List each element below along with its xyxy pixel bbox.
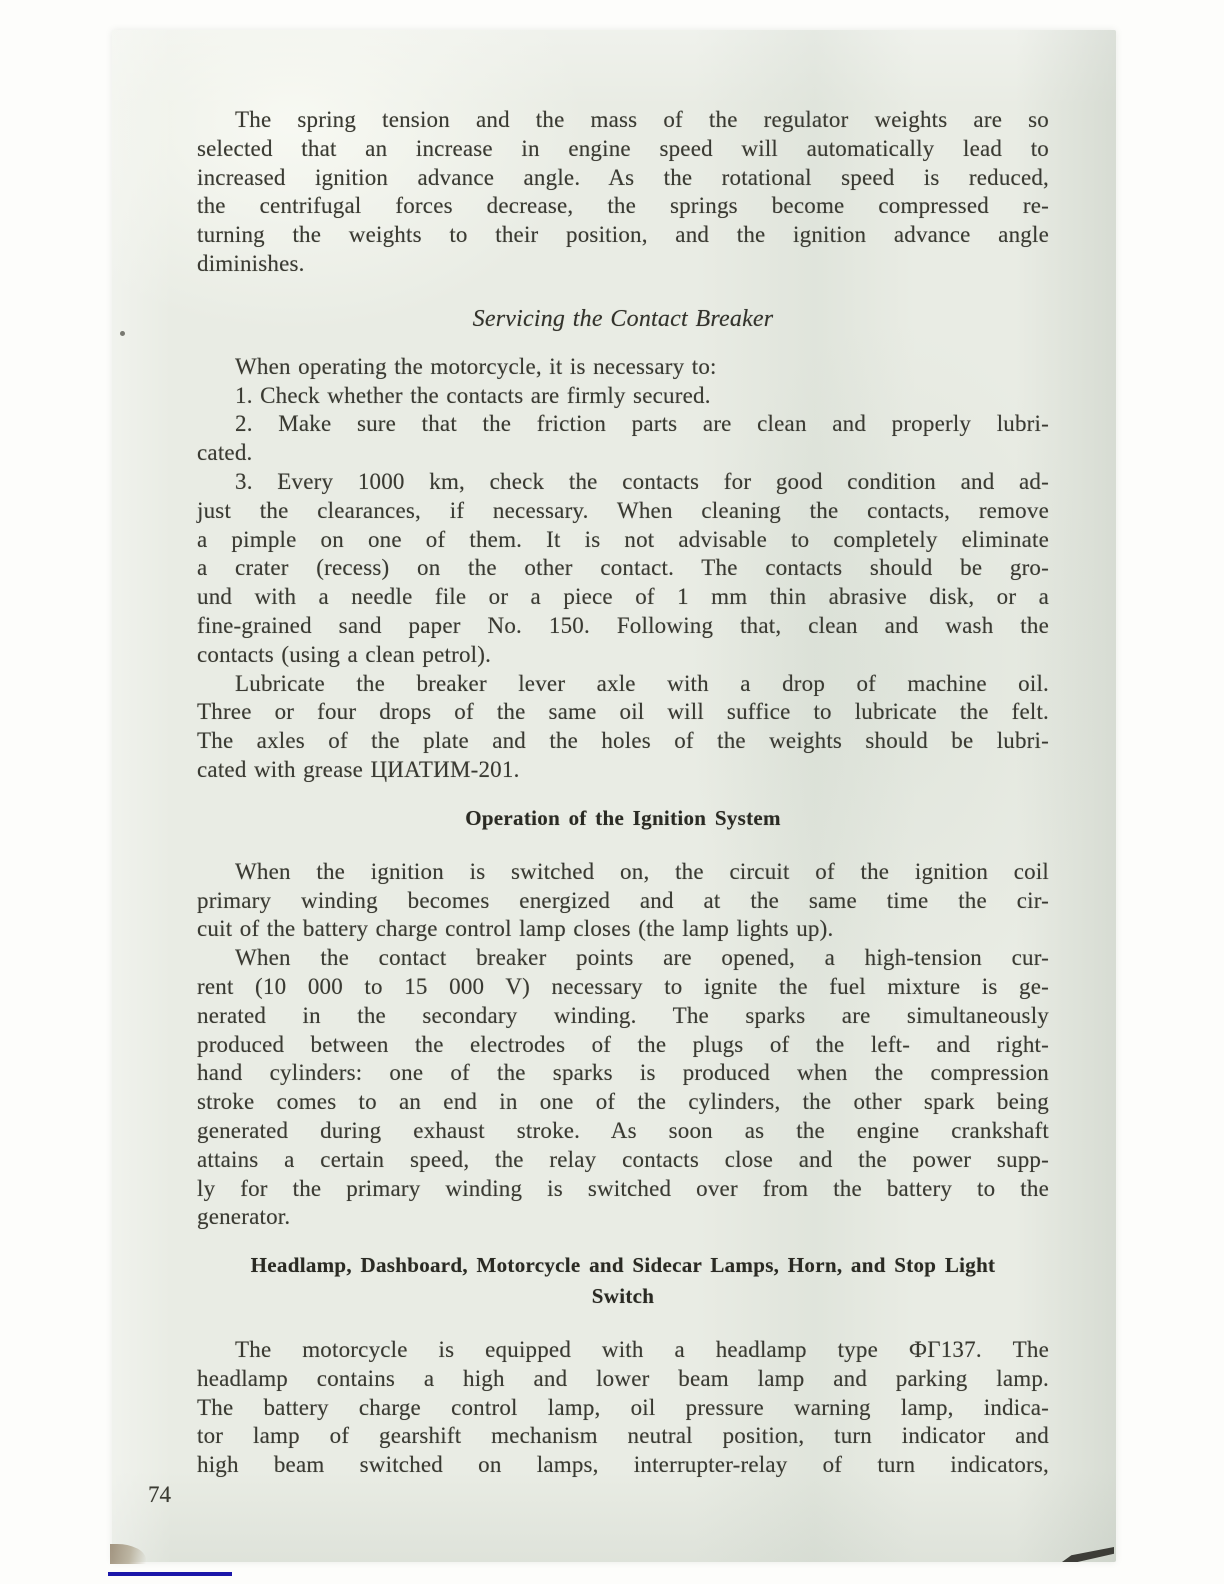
text-line: Lubricate the breaker lever axle with a … bbox=[197, 670, 1049, 699]
paragraph: 1. Check whether the contacts are firmly… bbox=[197, 382, 1049, 411]
text-line: 1. Check whether the contacts are firmly… bbox=[197, 382, 1049, 411]
text-line: The axles of the plate and the holes of … bbox=[197, 727, 1049, 756]
text-line: und with a needle file or a piece of 1 m… bbox=[197, 583, 1049, 612]
text-line: The motorcycle is equipped with a headla… bbox=[197, 1336, 1049, 1365]
text-line: The spring tension and the mass of the r… bbox=[197, 106, 1049, 135]
text-line: Switch bbox=[197, 1281, 1049, 1312]
section-heading: Headlamp, Dashboard, Motorcycle and Side… bbox=[197, 1250, 1049, 1312]
paragraph: When the contact breaker points are open… bbox=[197, 944, 1049, 1232]
page-number: 74 bbox=[148, 1482, 171, 1508]
text-line: When the contact breaker points are open… bbox=[197, 944, 1049, 973]
text-line: Three or four drops of the same oil will… bbox=[197, 698, 1049, 727]
text-line: selected that an increase in engine spee… bbox=[197, 135, 1049, 164]
scan-smudge-bottom-left bbox=[110, 1544, 146, 1564]
text-line: stroke comes to an end in one of the cyl… bbox=[197, 1088, 1049, 1117]
paragraph: When the ignition is switched on, the ci… bbox=[197, 858, 1049, 944]
paragraph: When operating the motorcycle, it is nec… bbox=[197, 353, 1049, 382]
text-line: tor lamp of gearshift mechanism neutral … bbox=[197, 1422, 1049, 1451]
text-line: generator. bbox=[197, 1203, 1049, 1232]
text-line: just the clearances, if necessary. When … bbox=[197, 497, 1049, 526]
paragraph: 3. Every 1000 km, check the contacts for… bbox=[197, 468, 1049, 670]
text-line: a pimple on one of them. It is not advis… bbox=[197, 526, 1049, 555]
text-line: attains a certain speed, the relay conta… bbox=[197, 1146, 1049, 1175]
text-line: fine-grained sand paper No. 150. Followi… bbox=[197, 612, 1049, 641]
text-line: diminishes. bbox=[197, 250, 1049, 279]
text-line: turning the weights to their position, a… bbox=[197, 221, 1049, 250]
text-line: increased ignition advance angle. As the… bbox=[197, 164, 1049, 193]
paragraph: The motorcycle is equipped with a headla… bbox=[197, 1336, 1049, 1480]
paragraph: The spring tension and the mass of the r… bbox=[197, 106, 1049, 279]
text-line: generated during exhaust stroke. As soon… bbox=[197, 1117, 1049, 1146]
text-line: high beam switched on lamps, interrupter… bbox=[197, 1451, 1049, 1480]
paragraph: 2. Make sure that the friction parts are… bbox=[197, 410, 1049, 468]
text-line: cated. bbox=[197, 439, 1049, 468]
scan-underline-artifact bbox=[108, 1572, 232, 1576]
text-line: cated with grease ЦИАТИМ-201. bbox=[197, 756, 1049, 785]
text-line: ly for the primary winding is switched o… bbox=[197, 1175, 1049, 1204]
scan-mark-bottom-right bbox=[1062, 1547, 1114, 1562]
text-line: Operation of the Ignition System bbox=[197, 803, 1049, 834]
text-line: When operating the motorcycle, it is nec… bbox=[197, 353, 1049, 382]
book-page: The spring tension and the mass of the r… bbox=[112, 30, 1116, 1562]
scan-speck bbox=[120, 331, 125, 336]
section-heading: Servicing the Contact Breaker bbox=[197, 305, 1049, 334]
text-line: 2. Make sure that the friction parts are… bbox=[197, 410, 1049, 439]
text-line: hand cylinders: one of the sparks is pro… bbox=[197, 1059, 1049, 1088]
text-line: contacts (using a clean petrol). bbox=[197, 641, 1049, 670]
text-line: Servicing the Contact Breaker bbox=[197, 305, 1049, 334]
section-heading: Operation of the Ignition System bbox=[197, 803, 1049, 834]
scanned-page: The spring tension and the mass of the r… bbox=[0, 0, 1224, 1584]
text-line: cuit of the battery charge control lamp … bbox=[197, 915, 1049, 944]
text-line: Headlamp, Dashboard, Motorcycle and Side… bbox=[197, 1250, 1049, 1281]
text-line: the centrifugal forces decrease, the spr… bbox=[197, 192, 1049, 221]
text-line: primary winding becomes energized and at… bbox=[197, 887, 1049, 916]
paragraph: Lubricate the breaker lever axle with a … bbox=[197, 670, 1049, 785]
text-line: headlamp contains a high and lower beam … bbox=[197, 1365, 1049, 1394]
text-line: 3. Every 1000 km, check the contacts for… bbox=[197, 468, 1049, 497]
text-line: rent (10 000 to 15 000 V) necessary to i… bbox=[197, 973, 1049, 1002]
page-content: The spring tension and the mass of the r… bbox=[197, 106, 1049, 1480]
text-line: nerated in the secondary winding. The sp… bbox=[197, 1002, 1049, 1031]
text-line: When the ignition is switched on, the ci… bbox=[197, 858, 1049, 887]
text-line: The battery charge control lamp, oil pre… bbox=[197, 1394, 1049, 1423]
text-line: a crater (recess) on the other contact. … bbox=[197, 554, 1049, 583]
text-line: produced between the electrodes of the p… bbox=[197, 1031, 1049, 1060]
